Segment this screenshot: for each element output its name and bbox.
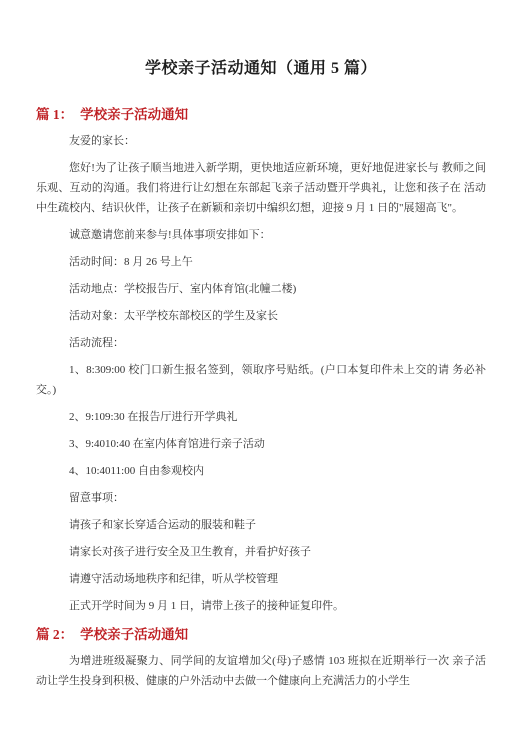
section-1-heading-title: 学校亲子活动通知: [80, 107, 188, 122]
line-activity-location: 活动地点：学校报告厅、室内体育馆(北幢二楼): [36, 279, 486, 299]
line-activity-time: 活动时间：8 月 26 号上午: [36, 252, 486, 272]
line-school-start: 正式开学时间为 9 月 1 日，请带上孩子的接种证复印件。: [36, 596, 486, 616]
section-2-heading-title: 学校亲子活动通知: [80, 627, 188, 642]
section-2-heading-label: 篇 2：: [36, 627, 73, 642]
paragraph-greeting: 您好!为了让孩子顺当地进入新学期，更快地适应新环境，更好地促进家长与 教师之间乐…: [36, 158, 486, 218]
document-page: 学校亲子活动通知（通用 5 篇） 篇 1：学校亲子活动通知 友爱的家长： 您好!…: [0, 0, 520, 735]
note-item-3: 请遵守活动场地秩序和纪律，听从学校管理: [36, 569, 486, 589]
section-2: 篇 2：学校亲子活动通知 为增进班级凝聚力、同学间的友谊增加父(母)子感情 10…: [36, 626, 486, 691]
note-item-2: 请家长对孩子进行安全及卫生教育，并看护好孩子: [36, 542, 486, 562]
line-activity-audience: 活动对象：太平学校东部校区的学生及家长: [36, 306, 486, 326]
paragraph-salutation: 友爱的家长：: [36, 131, 486, 151]
schedule-item-3: 3、9:4010:40 在室内体育馆进行亲子活动: [36, 434, 486, 454]
document-body: 学校亲子活动通知（通用 5 篇） 篇 1：学校亲子活动通知 友爱的家长： 您好!…: [0, 0, 520, 691]
schedule-item-2: 2、9:109:30 在报告厅进行开学典礼: [36, 407, 486, 427]
document-title: 学校亲子活动通知（通用 5 篇）: [36, 56, 486, 82]
section-1-heading-label: 篇 1：: [36, 107, 73, 122]
schedule-item-1: 1、8:309:00 校门口新生报名签到，领取序号贴纸。(户口本复印件未上交的请…: [36, 360, 486, 400]
paragraph-section2-intro: 为增进班级凝聚力、同学间的友谊增加父(母)子感情 103 班拟在近期举行一次 亲…: [36, 651, 486, 691]
note-item-1: 请孩子和家长穿适合运动的服装和鞋子: [36, 515, 486, 535]
line-activity-schedule-label: 活动流程：: [36, 333, 486, 353]
line-notes-label: 留意事项：: [36, 488, 486, 508]
section-2-heading: 篇 2：学校亲子活动通知: [36, 626, 486, 644]
section-1: 篇 1：学校亲子活动通知 友爱的家长： 您好!为了让孩子顺当地进入新学期，更快地…: [36, 106, 486, 616]
paragraph-invitation: 诚意邀请您前来参与!具体事项安排如下：: [36, 225, 486, 245]
section-1-heading: 篇 1：学校亲子活动通知: [36, 106, 486, 124]
schedule-item-4: 4、10:4011:00 自由参观校内: [36, 461, 486, 481]
